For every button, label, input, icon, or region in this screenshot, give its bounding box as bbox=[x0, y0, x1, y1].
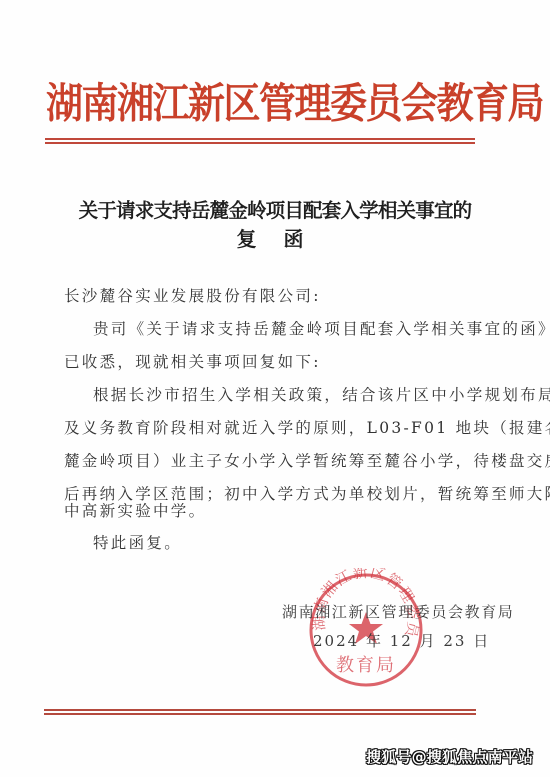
body-line: 及义务教育阶段相对就近入学的原则，L03-F01 地块（报建名：岳 bbox=[64, 417, 550, 439]
official-seal-stamp: 湖南湘江新区管理委员会 教育局 bbox=[306, 568, 426, 688]
document-title-line2: 复 函 bbox=[60, 226, 490, 252]
footer-red-rule bbox=[44, 709, 476, 715]
body-line: 贵司《关于请求支持岳麓金岭项目配套入学相关事宜的函》 bbox=[93, 318, 550, 340]
signature-date: 2024 年 12 月 23 日 bbox=[313, 631, 490, 651]
letterhead-org-name: 湖南湘江新区管理委员会教育局 bbox=[46, 76, 476, 130]
salutation: 长沙麓谷实业发展股份有限公司: bbox=[64, 285, 321, 307]
signature-org-name: 湖南湘江新区管理委员会教育局 bbox=[282, 602, 514, 622]
body-line: 中高新实验中学。 bbox=[64, 500, 206, 522]
document-title-line1: 关于请求支持岳麓金岭项目配套入学相关事宜的 bbox=[60, 198, 490, 224]
body-line: 麓金岭项目）业主子女小学入学暂统筹至麓谷小学，待楼盘交房 bbox=[64, 450, 550, 472]
svg-text:教育局: 教育局 bbox=[336, 655, 396, 676]
body-line: 已收悉，现就相关事项回复如下: bbox=[64, 351, 321, 373]
closing-line: 特此函复。 bbox=[93, 532, 182, 554]
document-page: 湖南湘江新区管理委员会教育局 关于请求支持岳麓金岭项目配套入学相关事宜的 复 函… bbox=[0, 0, 550, 777]
seal-star-icon: 湖南湘江新区管理委员会 教育局 bbox=[306, 568, 426, 688]
letterhead-red-rule bbox=[45, 138, 475, 144]
source-watermark: 搜狐号@搜狐焦点南平站 bbox=[366, 746, 533, 767]
body-line: 根据长沙市招生入学相关政策，结合该片区中小学规划布局 bbox=[93, 384, 550, 406]
